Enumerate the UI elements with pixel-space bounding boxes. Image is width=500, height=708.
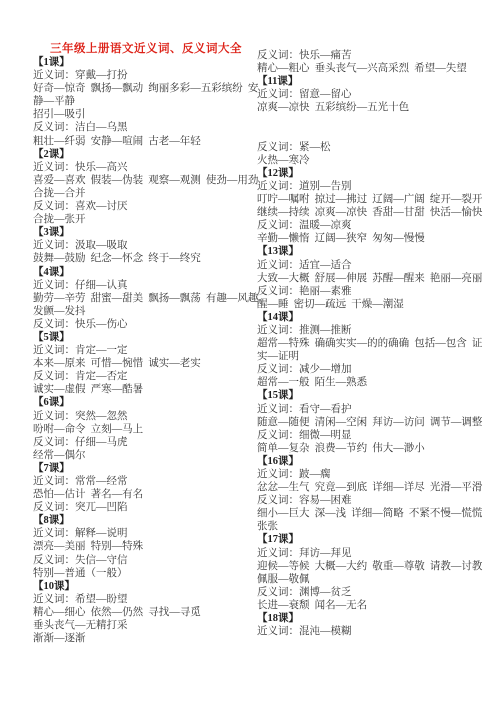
text-line: 火热—寒冷 bbox=[257, 154, 493, 167]
text-line: 渐渐—逐渐 bbox=[33, 632, 259, 645]
text-line: 近义词：拜访—拜见 bbox=[257, 547, 493, 560]
text-line: 反义词：渊博—贫乏 bbox=[257, 586, 493, 599]
text-line: 反义词：喜欢—讨厌 bbox=[33, 200, 259, 213]
text-line: 好奇—惊奇 飘扬—飘动 绚丽多彩—五彩缤纷 安 bbox=[33, 82, 259, 95]
text-line: 诚实—虚假 严寒—酷暑 bbox=[33, 383, 259, 396]
lesson-heading: 【14课】 bbox=[257, 311, 493, 324]
text-line: 勤劳—辛劳 甜蜜—甜美 飘扬—飘荡 有趣—风趣 bbox=[33, 292, 259, 305]
right-column: 反义词：快乐—痛苦精心—粗心 垂头丧气—兴高采烈 希望—失望【11课】近义词：留… bbox=[257, 49, 493, 638]
text-line: 吩咐—命令 立刻—马上 bbox=[33, 423, 259, 436]
text-line: 细小—巨大 深—浅 详细—简略 不紧不慢—慌慌 bbox=[257, 507, 493, 520]
text-line: 合拢—合并 bbox=[33, 187, 259, 200]
lesson-heading: 【8课】 bbox=[33, 514, 259, 527]
text-line: 反义词：快乐—伤心 bbox=[33, 318, 259, 331]
text-line: 本来—原来 可惜—惋惜 诚实—老实 bbox=[33, 357, 259, 370]
text-line: 反义词：失信—守信 bbox=[33, 554, 259, 567]
text-line: 反义词：快乐—痛苦 bbox=[257, 49, 493, 62]
lesson-heading: 【5课】 bbox=[33, 331, 259, 344]
text-line: 招引—吸引 bbox=[33, 108, 259, 121]
text-line: 超常—一般 陌生—熟悉 bbox=[257, 376, 493, 389]
text-line: 近义词：解释—说明 bbox=[33, 527, 259, 540]
text-line: 反义词：容易—困难 bbox=[257, 494, 493, 507]
text-line: 反义词：突兀—凹陷 bbox=[33, 501, 259, 514]
lesson-heading: 【13课】 bbox=[257, 245, 493, 258]
text-line: 迎候—等候 大概—大约 敬重—尊敬 请教—讨教 bbox=[257, 560, 493, 573]
text-line: 反义词：温暖—凉爽 bbox=[257, 219, 493, 232]
text-line: 反义词：细微—明显 bbox=[257, 429, 493, 442]
text-line: 反义词：肯定—否定 bbox=[33, 370, 259, 383]
text-line: 反义词：仔细—马虎 bbox=[33, 436, 259, 449]
text-line: 漂亮—美丽 特别—特殊 bbox=[33, 540, 259, 553]
text-line: 近义词：仔细—认真 bbox=[33, 279, 259, 292]
blank-line bbox=[257, 114, 493, 127]
lesson-heading: 【15课】 bbox=[257, 389, 493, 402]
lesson-heading: 【3课】 bbox=[33, 226, 259, 239]
text-line: 精心—粗心 垂头丧气—兴高采烈 希望—失望 bbox=[257, 62, 493, 75]
text-line: 实—证明 bbox=[257, 350, 493, 363]
text-line: 精心—细心 依然—仍然 寻找—寻觅 bbox=[33, 606, 259, 619]
text-line: 鼓舞—鼓励 纪念—怀念 终于—终究 bbox=[33, 252, 259, 265]
text-line: 凉爽—凉快 五彩缤纷—五光十色 bbox=[257, 101, 493, 114]
lesson-heading: 【10课】 bbox=[33, 580, 259, 593]
text-line: 超常—特殊 确确实实—的的确确 包括—包含 证 bbox=[257, 337, 493, 350]
text-line: 辛勤—懒惰 辽阔—狭窄 匆匆—慢慢 bbox=[257, 232, 493, 245]
text-line: 垂头丧气—无精打采 bbox=[33, 619, 259, 632]
text-line: 发颤—发抖 bbox=[33, 305, 259, 318]
lesson-heading: 【1课】 bbox=[33, 56, 259, 69]
lesson-heading: 【12课】 bbox=[257, 167, 493, 180]
left-column: 三年级上册语文近义词、反义词大全 【1课】近义词：穿戴—打扮好奇—惊奇 飘扬—飘… bbox=[33, 42, 259, 645]
text-line: 近义词：常常—经常 bbox=[33, 475, 259, 488]
text-line: 近义词：希望—盼望 bbox=[33, 593, 259, 606]
lesson-heading: 【16课】 bbox=[257, 455, 493, 468]
text-line: 张张 bbox=[257, 520, 493, 533]
text-line: 近义词：穿戴—打扮 bbox=[33, 69, 259, 82]
lesson-heading: 【7课】 bbox=[33, 462, 259, 475]
text-line: 反义词：紧—松 bbox=[257, 141, 493, 154]
text-line: 反义词：艳丽—素雅 bbox=[257, 285, 493, 298]
lesson-heading: 【17课】 bbox=[257, 533, 493, 546]
text-line: 近义词：适宜—适合 bbox=[257, 259, 493, 272]
text-line: 喜爱—喜欢 假装—伪装 观察—观测 使劲—用劲 bbox=[33, 174, 259, 187]
text-line: 简单—复杂 浪费—节约 伟大—渺小 bbox=[257, 442, 493, 455]
text-line: 反义词：减少—增加 bbox=[257, 363, 493, 376]
text-line: 近义词：快乐—高兴 bbox=[33, 161, 259, 174]
text-line: 近义词：突然—忽然 bbox=[33, 410, 259, 423]
text-line: 近义词：跛—瘸 bbox=[257, 468, 493, 481]
text-line: 经常—偶尔 bbox=[33, 449, 259, 462]
page-title: 三年级上册语文近义词、反义词大全 bbox=[33, 42, 259, 56]
blank-line bbox=[257, 128, 493, 141]
text-line: 合拢—张开 bbox=[33, 213, 259, 226]
lesson-heading: 【11课】 bbox=[257, 75, 493, 88]
document-page: 三年级上册语文近义词、反义词大全 【1课】近义词：穿戴—打扮好奇—惊奇 飘扬—飘… bbox=[0, 0, 500, 708]
text-line: 叮咛—嘱咐 掠过—拂过 辽阔—广阔 绽开—裂开 bbox=[257, 193, 493, 206]
text-line: 随意—随便 清闲—空闲 拜访—访问 调节—调整 bbox=[257, 416, 493, 429]
lesson-heading: 【6课】 bbox=[33, 396, 259, 409]
text-line: 近义词：肯定—一定 bbox=[33, 344, 259, 357]
text-line: 佩服—敬佩 bbox=[257, 573, 493, 586]
text-line: 近义词：推测—推断 bbox=[257, 324, 493, 337]
text-line: 长进—衰颓 闻名—无名 bbox=[257, 599, 493, 612]
text-line: 大致—大概 舒展—伸展 苏醒—醒来 艳丽—亮丽 bbox=[257, 272, 493, 285]
text-line: 恐怕—估计 著名—有名 bbox=[33, 488, 259, 501]
lesson-heading: 【18课】 bbox=[257, 612, 493, 625]
text-line: 醒—睡 密切—疏远 干燥—潮湿 bbox=[257, 298, 493, 311]
text-line: 静—平静 bbox=[33, 95, 259, 108]
lesson-heading: 【2课】 bbox=[33, 148, 259, 161]
text-line: 近义词：道别—告别 bbox=[257, 180, 493, 193]
text-line: 忿忿—生气 究竟—到底 详细—详尽 光滑—平滑 bbox=[257, 481, 493, 494]
text-line: 粗壮—纤弱 安静—喧闹 古老—年轻 bbox=[33, 135, 259, 148]
text-line: 继续—持续 凉爽—凉快 香甜—甘甜 快活—愉快 bbox=[257, 206, 493, 219]
text-line: 近义词：混沌—模糊 bbox=[257, 625, 493, 638]
text-line: 近义词：汲取—吸取 bbox=[33, 239, 259, 252]
text-line: 近义词：看守—看护 bbox=[257, 403, 493, 416]
text-line: 反义词：洁白—乌黑 bbox=[33, 121, 259, 134]
text-line: 近义词：留意—留心 bbox=[257, 88, 493, 101]
lesson-heading: 【4课】 bbox=[33, 266, 259, 279]
text-line: 特别—普通（一般） bbox=[33, 567, 259, 580]
